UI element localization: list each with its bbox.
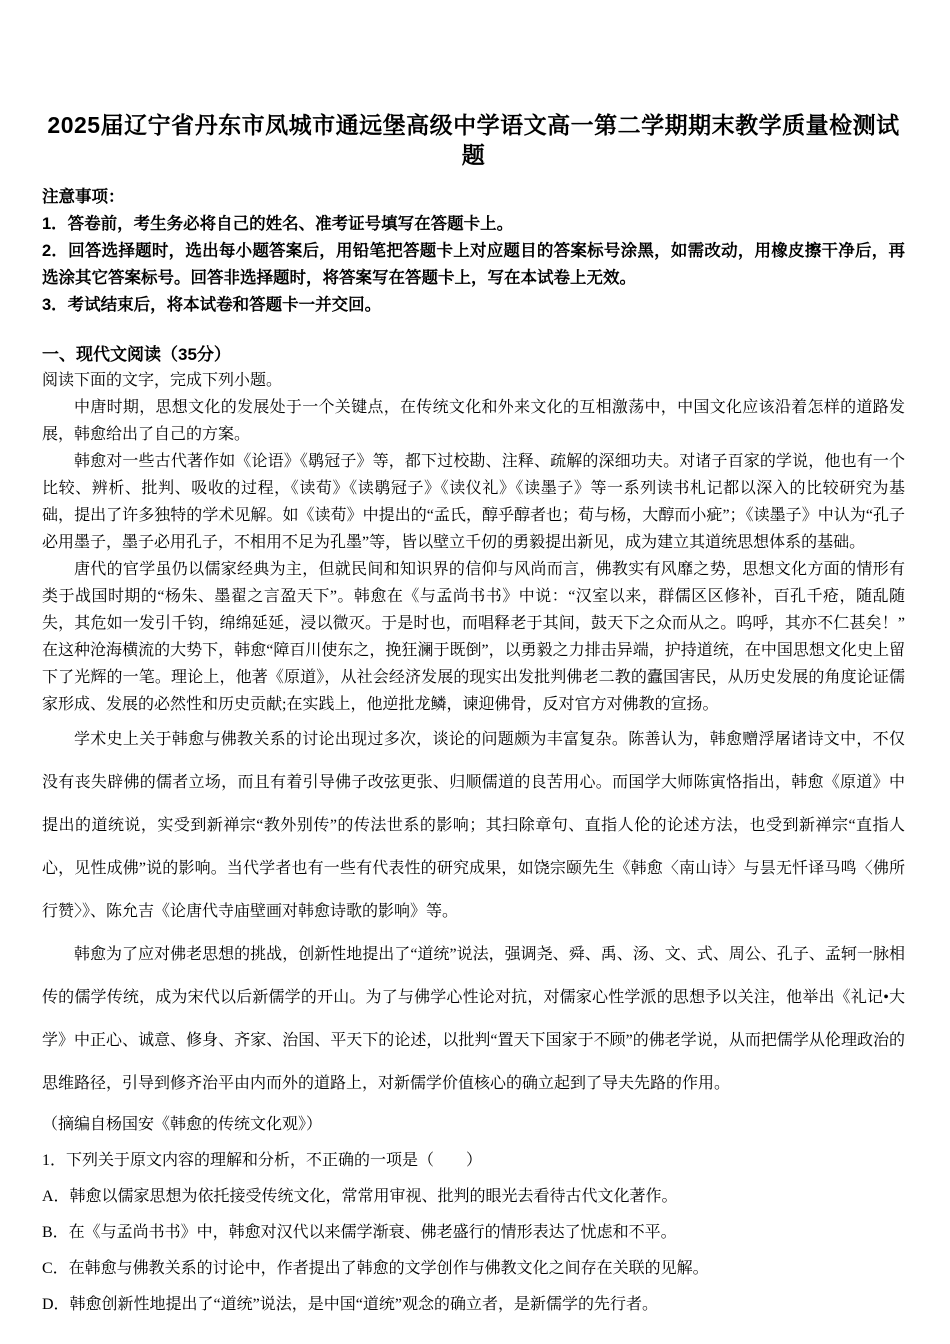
notice-item-3: 3．考试结束后，将本试卷和答题卡一并交回。 (42, 292, 905, 319)
question-1: 1．下列关于原文内容的理解和分析，不正确的一项是（ ） A．韩愈以儒家思想为依托… (42, 1148, 905, 1318)
question-1-stem: 1．下列关于原文内容的理解和分析，不正确的一项是（ ） (42, 1148, 905, 1174)
passage-source: （摘编自杨国安《韩愈的传统文化观》） (42, 1111, 905, 1138)
reading-passage: 中唐时期，思想文化的发展处于一个关键点，在传统文化和外来文化的互相激荡中，中国文… (42, 394, 905, 1138)
passage-paragraph-3: 唐代的官学虽仍以儒家经典为主，但就民间和知识界的信仰与风尚而言，佛教实有风靡之势… (42, 556, 905, 718)
question-1-option-a: A．韩愈以儒家思想为依托接受传统文化，常常用审视、批判的眼光去看待古代文化著作。 (42, 1184, 905, 1210)
page-title: 2025届辽宁省丹东市凤城市通远堡高级中学语文高一第二学期期末教学质量检测试题 (42, 110, 905, 170)
passage-paragraph-4: 学术史上关于韩愈与佛教关系的讨论出现过多次，谈论的问题颇为丰富复杂。陈善认为，韩… (42, 718, 905, 933)
question-1-option-c: C．在韩愈与佛教关系的讨论中，作者提出了韩愈的文学创作与佛教文化之间存在关联的见… (42, 1256, 905, 1282)
notice-heading: 注意事项： (42, 184, 905, 211)
notice-section: 注意事项： 1．答卷前，考生务必将自己的姓名、准考证号填写在答题卡上。 2．回答… (42, 184, 905, 319)
passage-paragraph-5: 韩愈为了应对佛老思想的挑战，创新性地提出了“道统”说法，强调尧、舜、禹、汤、文、… (42, 933, 905, 1105)
question-1-option-d: D．韩愈创新性地提出了“道统”说法，是中国“道统”观念的确立者，是新儒学的先行者… (42, 1292, 905, 1318)
passage-paragraph-1: 中唐时期，思想文化的发展处于一个关键点，在传统文化和外来文化的互相激荡中，中国文… (42, 394, 905, 448)
section-heading-modern-reading: 一、现代文阅读（35分） (42, 341, 905, 368)
exam-paper-page: 2025届辽宁省丹东市凤城市通远堡高级中学语文高一第二学期期末教学质量检测试题 … (0, 0, 950, 1344)
notice-item-1: 1．答卷前，考生务必将自己的姓名、准考证号填写在答题卡上。 (42, 211, 905, 238)
passage-paragraph-2: 韩愈对一些古代著作如《论语》《鹖冠子》等，都下过校勘、注释、疏解的深细功夫。对诸… (42, 448, 905, 556)
question-1-option-b: B．在《与孟尚书书》中，韩愈对汉代以来儒学渐衰、佛老盛行的情形表达了忧虑和不平。 (42, 1220, 905, 1246)
notice-item-2: 2．回答选择题时，选出每小题答案后，用铅笔把答题卡上对应题目的答案标号涂黑，如需… (42, 238, 905, 292)
reading-instruction: 阅读下面的文字，完成下列小题。 (42, 368, 905, 394)
